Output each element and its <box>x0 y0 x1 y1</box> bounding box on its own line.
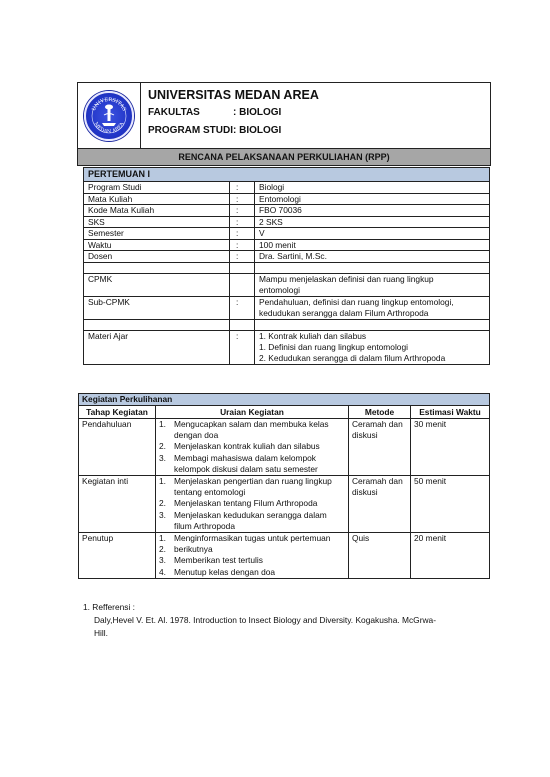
sub-cpmk-sep: : <box>230 296 255 319</box>
activity-description: 1.Menginformasikan tugas untuk pertemuan… <box>156 533 349 579</box>
col-header-uraian: Uraian Kegiatan <box>156 406 349 419</box>
activity-duration: 20 menit <box>411 533 490 579</box>
method-line: Ceramah dan <box>352 476 407 487</box>
activity-method: Ceramah dandiskusi <box>349 476 411 533</box>
step-number: 2. <box>159 544 174 555</box>
activity-step: 3.Menjelaskan kedudukan serangga dalam <box>159 510 345 521</box>
step-number <box>159 430 174 441</box>
cpmk-line: entomologi <box>259 285 485 296</box>
university-header: UNIVERSITAS MEDAN AREA UNIVERSITAS MEDAN… <box>77 82 491 149</box>
cpmk-line: Mampu menjelaskan definisi dan ruang lin… <box>259 274 485 285</box>
step-number: 3. <box>159 555 174 566</box>
course-info-table: PERTEMUAN I Program Studi:BiologiMata Ku… <box>83 167 490 365</box>
activity-steps: 1.Mengucapkan salam dan membuka kelasden… <box>159 419 345 475</box>
activity-step: kelompok diskusi dalam satu semester <box>159 464 345 475</box>
info-value: Biologi <box>255 182 490 194</box>
info-sep: : <box>230 216 255 228</box>
university-name: UNIVERSITAS MEDAN AREA <box>148 86 319 104</box>
step-number: 3. <box>159 453 174 464</box>
activity-description: 1.Mengucapkan salam dan membuka kelasden… <box>156 419 349 476</box>
materi-line: 1. Definisi dan ruang lingkup entomologi <box>259 342 485 353</box>
activity-step: 2.Menjelaskan tentang Filum Arthropoda <box>159 498 345 509</box>
step-text: Mengucapkan salam dan membuka kelas <box>174 419 329 430</box>
activity-step: 3.Memberikan test tertulis <box>159 555 345 566</box>
cpmk-sep <box>230 273 255 296</box>
info-sep: : <box>230 193 255 205</box>
activity-step: dengan doa <box>159 430 345 441</box>
activity-step: filum Arthropoda <box>159 521 345 532</box>
document-title: RENCANA PELAKSANAAN PERKULIAHAN (RPP) <box>77 149 491 166</box>
references-section: 1. Refferensi : Daly,Hevel V. Et. Al. 19… <box>83 601 503 640</box>
materi-line: 1. Kontrak kuliah dan silabus <box>259 331 485 342</box>
info-row: Program Studi:Biologi <box>84 182 490 194</box>
method-line: diskusi <box>352 430 407 441</box>
info-label: Mata Kuliah <box>84 193 230 205</box>
activity-step: 2.Menjelaskan kontrak kuliah dan silabus <box>159 441 345 452</box>
info-sep: : <box>230 182 255 194</box>
meeting-header-row: PERTEMUAN I <box>84 168 490 182</box>
activity-stage: Pendahuluan <box>79 419 156 476</box>
sub-cpmk-label: Sub-CPMK <box>84 296 230 319</box>
activity-step: 1.Menginformasikan tugas untuk pertemuan <box>159 533 345 544</box>
activity-step: 1.Mengucapkan salam dan membuka kelas <box>159 419 345 430</box>
step-text: Menjelaskan kontrak kuliah dan silabus <box>174 441 320 452</box>
step-text: Menjelaskan kedudukan serangga dalam <box>174 510 327 521</box>
method-line: diskusi <box>352 487 407 498</box>
step-text: Menginformasikan tugas untuk pertemuan <box>174 533 330 544</box>
faculty-line: FAKULTAS : BIOLOGI <box>148 104 319 122</box>
info-value: Entomologi <box>255 193 490 205</box>
activities-column-headers: Tahap Kegiatan Uraian Kegiatan Metode Es… <box>79 406 490 419</box>
materi-sep: : <box>230 330 255 364</box>
activity-duration: 30 menit <box>411 419 490 476</box>
activity-row: Penutup1.Menginformasikan tugas untuk pe… <box>79 533 490 579</box>
sub-cpmk-line: kedudukan serangga dalam Filum Arthropod… <box>259 308 485 319</box>
step-number <box>159 487 174 498</box>
step-text: Menjelaskan tentang Filum Arthropoda <box>174 498 317 509</box>
info-value: 100 menit <box>255 239 490 251</box>
info-label: Waktu <box>84 239 230 251</box>
info-row: Waktu:100 menit <box>84 239 490 251</box>
reference-line: Daly,Hevel V. Et. Al. 1978. Introduction… <box>94 614 503 627</box>
program-value: : BIOLOGI <box>233 122 281 140</box>
info-value: V <box>255 228 490 240</box>
info-sep: : <box>230 239 255 251</box>
info-label: SKS <box>84 216 230 228</box>
step-number <box>159 464 174 475</box>
cpmk-value: Mampu menjelaskan definisi dan ruang lin… <box>255 273 490 296</box>
materi-label: Materi Ajar <box>84 330 230 364</box>
materi-row: Materi Ajar : 1. Kontrak kuliah dan sila… <box>84 330 490 364</box>
step-number: 1. <box>159 533 174 544</box>
step-text: tentang entomologi <box>174 487 245 498</box>
info-sep: : <box>230 251 255 263</box>
step-number <box>159 521 174 532</box>
program-line: PROGRAM STUDI : BIOLOGI <box>148 122 319 140</box>
info-row: Kode Mata Kuliah:FBO 70036 <box>84 205 490 217</box>
university-seal-icon: UNIVERSITAS MEDAN AREA <box>84 91 134 141</box>
spacer-row <box>84 319 490 330</box>
activities-title: Kegiatan Perkulihanan <box>79 394 490 406</box>
activity-method: Quis <box>349 533 411 579</box>
activities-table: Kegiatan Perkulihanan Tahap Kegiatan Ura… <box>78 393 490 579</box>
sub-cpmk-value: Pendahuluan, definisi dan ruang lingkup … <box>255 296 490 319</box>
activity-step: tentang entomologi <box>159 487 345 498</box>
meeting-title: PERTEMUAN I <box>84 168 490 182</box>
activities-header-row: Kegiatan Perkulihanan <box>79 394 490 406</box>
info-sep: : <box>230 205 255 217</box>
info-sep: : <box>230 228 255 240</box>
step-text: Menutup kelas dengan doa <box>174 567 275 578</box>
activity-row: Kegiatan inti1.Menjelaskan pengertian da… <box>79 476 490 533</box>
activity-description: 1.Menjelaskan pengertian dan ruang lingk… <box>156 476 349 533</box>
info-label: Kode Mata Kuliah <box>84 205 230 217</box>
activity-step: 4.Menutup kelas dengan doa <box>159 567 345 578</box>
info-value: Dra. Sartini, M.Sc. <box>255 251 490 263</box>
activity-step: 3.Membagi mahasiswa dalam kelompok <box>159 453 345 464</box>
col-header-metode: Metode <box>349 406 411 419</box>
step-number: 1. <box>159 476 174 487</box>
reference-entry: Daly,Hevel V. Et. Al. 1978. Introduction… <box>83 614 503 640</box>
step-text: berikutnya <box>174 544 213 555</box>
references-heading: 1. Refferensi : <box>83 601 503 614</box>
step-number: 1. <box>159 419 174 430</box>
info-row: Semester:V <box>84 228 490 240</box>
materi-line: 2. Kedudukan serangga di dalam filum Art… <box>259 353 485 364</box>
info-row: SKS:2 SKS <box>84 216 490 228</box>
info-label: Semester <box>84 228 230 240</box>
program-label: PROGRAM STUDI <box>148 122 233 140</box>
activity-row: Pendahuluan1.Mengucapkan salam dan membu… <box>79 419 490 476</box>
info-value: 2 SKS <box>255 216 490 228</box>
info-row: Dosen:Dra. Sartini, M.Sc. <box>84 251 490 263</box>
faculty-label: FAKULTAS <box>148 104 233 122</box>
step-number: 4. <box>159 567 174 578</box>
sub-cpmk-row: Sub-CPMK : Pendahuluan, definisi dan rua… <box>84 296 490 319</box>
activity-steps: 1.Menjelaskan pengertian dan ruang lingk… <box>159 476 345 532</box>
info-label: Program Studi <box>84 182 230 194</box>
step-text: kelompok diskusi dalam satu semester <box>174 464 318 475</box>
step-text: filum Arthropoda <box>174 521 235 532</box>
sub-cpmk-line: Pendahuluan, definisi dan ruang lingkup … <box>259 297 485 308</box>
header-text: UNIVERSITAS MEDAN AREA FAKULTAS : BIOLOG… <box>141 83 319 148</box>
faculty-value: : BIOLOGI <box>233 104 281 122</box>
materi-value: 1. Kontrak kuliah dan silabus 1. Definis… <box>255 330 490 364</box>
step-text: Membagi mahasiswa dalam kelompok <box>174 453 316 464</box>
spacer-row <box>84 262 490 273</box>
info-label: Dosen <box>84 251 230 263</box>
info-value: FBO 70036 <box>255 205 490 217</box>
cpmk-label: CPMK <box>84 273 230 296</box>
document-page: UNIVERSITAS MEDAN AREA UNIVERSITAS MEDAN… <box>0 0 550 777</box>
step-number: 3. <box>159 510 174 521</box>
step-text: Memberikan test tertulis <box>174 555 263 566</box>
activity-stage: Kegiatan inti <box>79 476 156 533</box>
step-number: 2. <box>159 498 174 509</box>
step-text: Menjelaskan pengertian dan ruang lingkup <box>174 476 332 487</box>
activity-step: 2.berikutnya <box>159 544 345 555</box>
step-text: dengan doa <box>174 430 218 441</box>
col-header-tahap: Tahap Kegiatan <box>79 406 156 419</box>
activity-steps: 1.Menginformasikan tugas untuk pertemuan… <box>159 533 345 578</box>
info-row: Mata Kuliah:Entomologi <box>84 193 490 205</box>
logo-cell: UNIVERSITAS MEDAN AREA <box>78 83 141 148</box>
method-line: Quis <box>352 533 407 544</box>
method-line: Ceramah dan <box>352 419 407 430</box>
cpmk-row: CPMK Mampu menjelaskan definisi dan ruan… <box>84 273 490 296</box>
reference-line: Hill. <box>94 627 503 640</box>
col-header-waktu: Estimasi Waktu <box>411 406 490 419</box>
activity-step: 1.Menjelaskan pengertian dan ruang lingk… <box>159 476 345 487</box>
step-number: 2. <box>159 441 174 452</box>
activity-stage: Penutup <box>79 533 156 579</box>
activity-duration: 50 menit <box>411 476 490 533</box>
activity-method: Ceramah dandiskusi <box>349 419 411 476</box>
